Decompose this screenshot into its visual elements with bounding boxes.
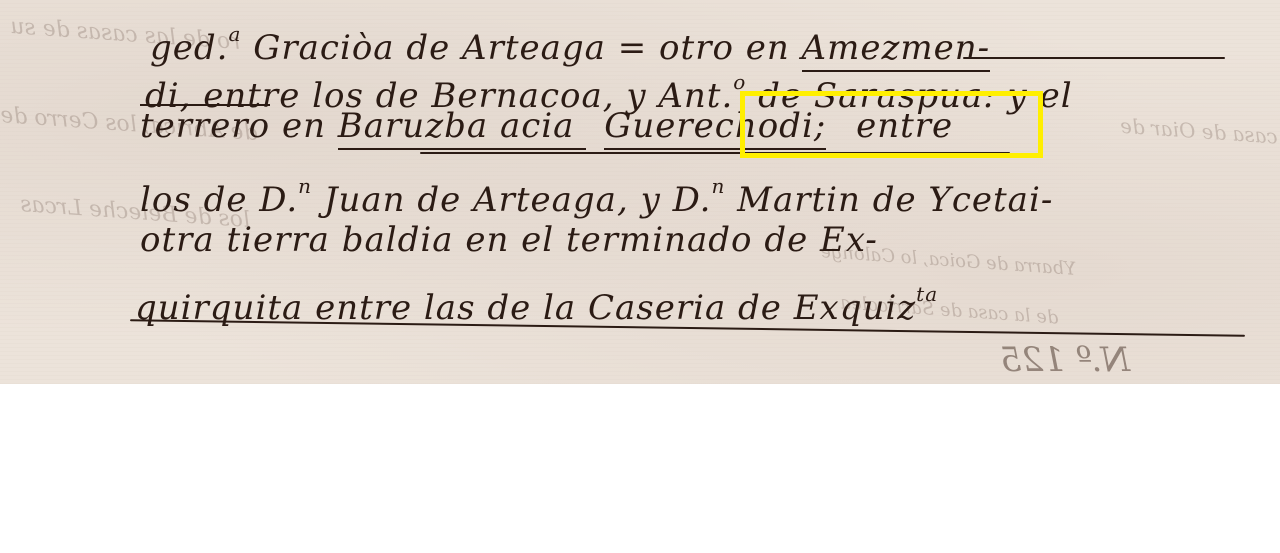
underlined-place-name: Baruzba	[338, 106, 488, 150]
manuscript-line-5: otra tierra baldia en el terminado de Ex…	[140, 220, 878, 260]
line-text: Juan de Arteaga, y D.	[312, 180, 711, 220]
highlight-box	[740, 91, 1043, 158]
manuscript-line-6: quirquita entre las de la Caseria de Exq…	[135, 274, 938, 328]
line-text: Martin de Ycetai-	[725, 180, 1053, 220]
superscript: n	[298, 174, 312, 198]
underlined-word: terrero	[140, 104, 270, 146]
superscript: n	[711, 174, 725, 198]
superscript: ta	[916, 282, 938, 306]
manuscript-line-1: ged.a Graciòa de Arteaga = otro en Amezm…	[150, 14, 990, 68]
line-text: otra tierra baldia en el terminado de Ex…	[140, 220, 878, 260]
folio-number: N.º 125	[1000, 340, 1130, 380]
manuscript-image: ro de las casas de su de Abrica, los Cer…	[0, 0, 1280, 384]
superscript: a	[228, 22, 241, 46]
line-text: los de D.	[140, 180, 298, 220]
line-text: acia	[488, 106, 586, 150]
page: ro de las casas de su de Abrica, los Cer…	[0, 0, 1280, 553]
underline-rule	[963, 57, 1225, 59]
bleed-through-text: la casa de Oiar de	[1119, 114, 1280, 151]
manuscript-line-4: los de D.n Juan de Arteaga, y D.n Martin…	[140, 166, 1053, 220]
line-text: en	[270, 106, 338, 146]
